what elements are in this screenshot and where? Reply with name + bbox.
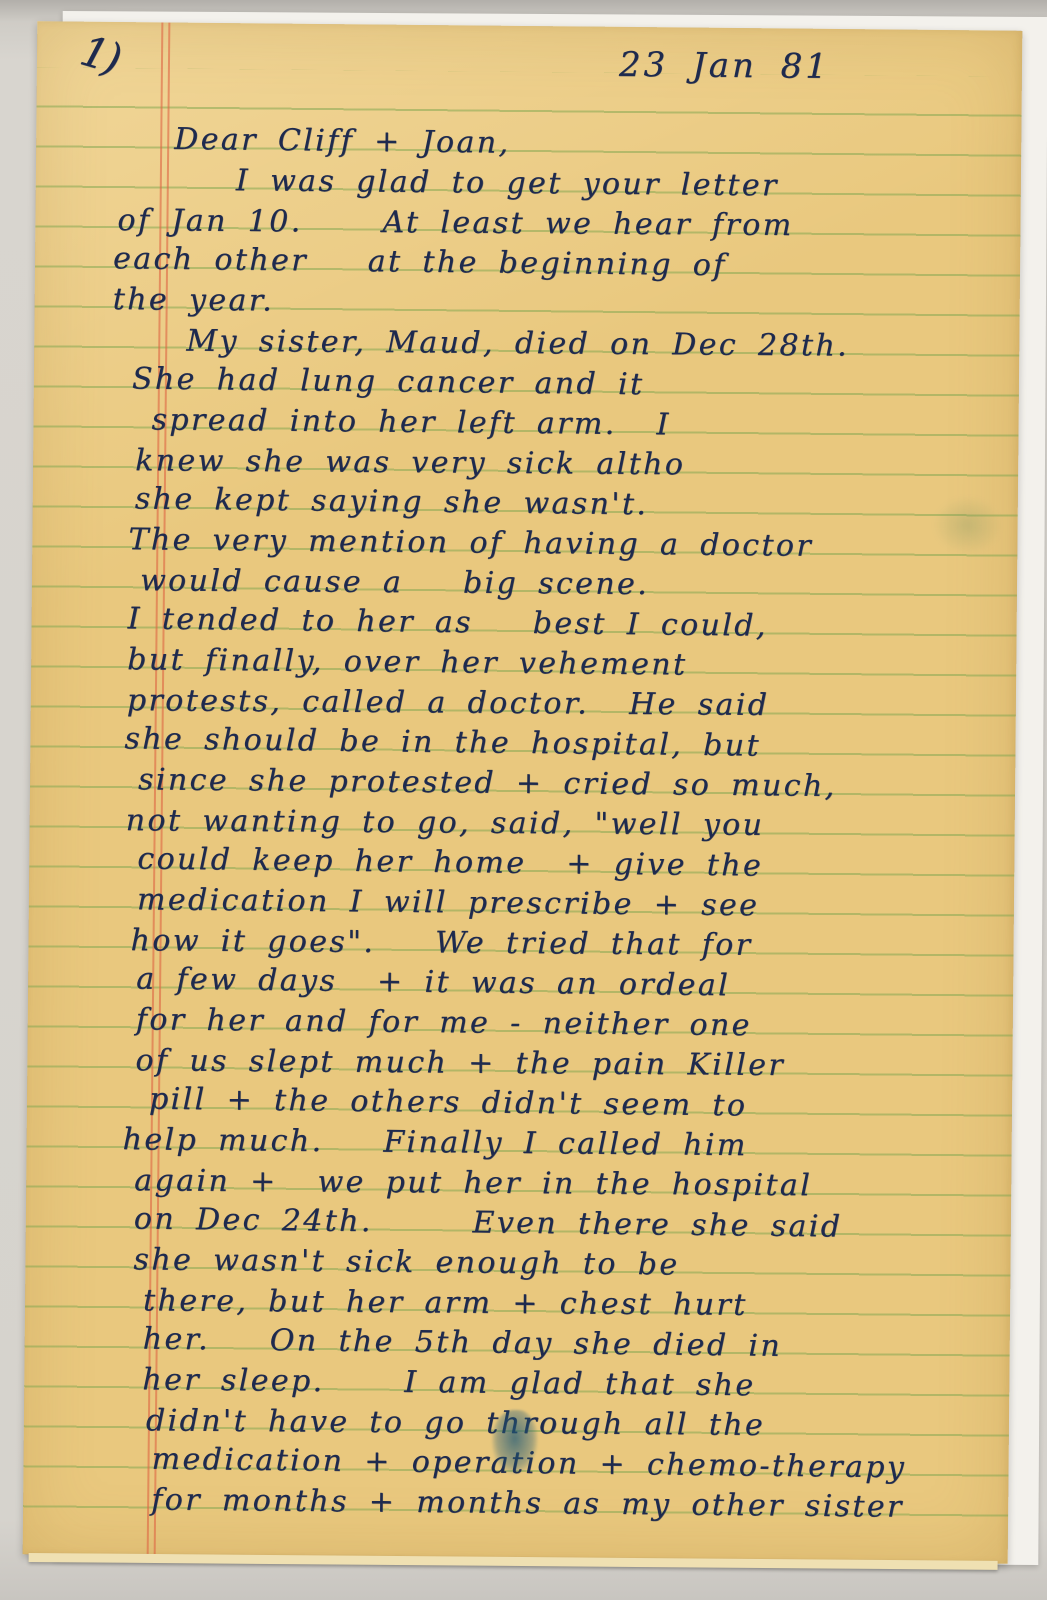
letter-line: I was glad to get your letter: [236, 161, 1021, 209]
letter-body: Dear Cliff + Joan,I was glad to get your…: [23, 119, 1021, 1528]
date-heading: 23 Jan 81: [619, 45, 830, 88]
ink-smudge: [932, 495, 1003, 556]
letter-page: 1) 23 Jan 81 Dear Cliff + Joan,I was gla…: [23, 21, 1023, 1563]
page-number-mark: 1): [76, 29, 124, 80]
